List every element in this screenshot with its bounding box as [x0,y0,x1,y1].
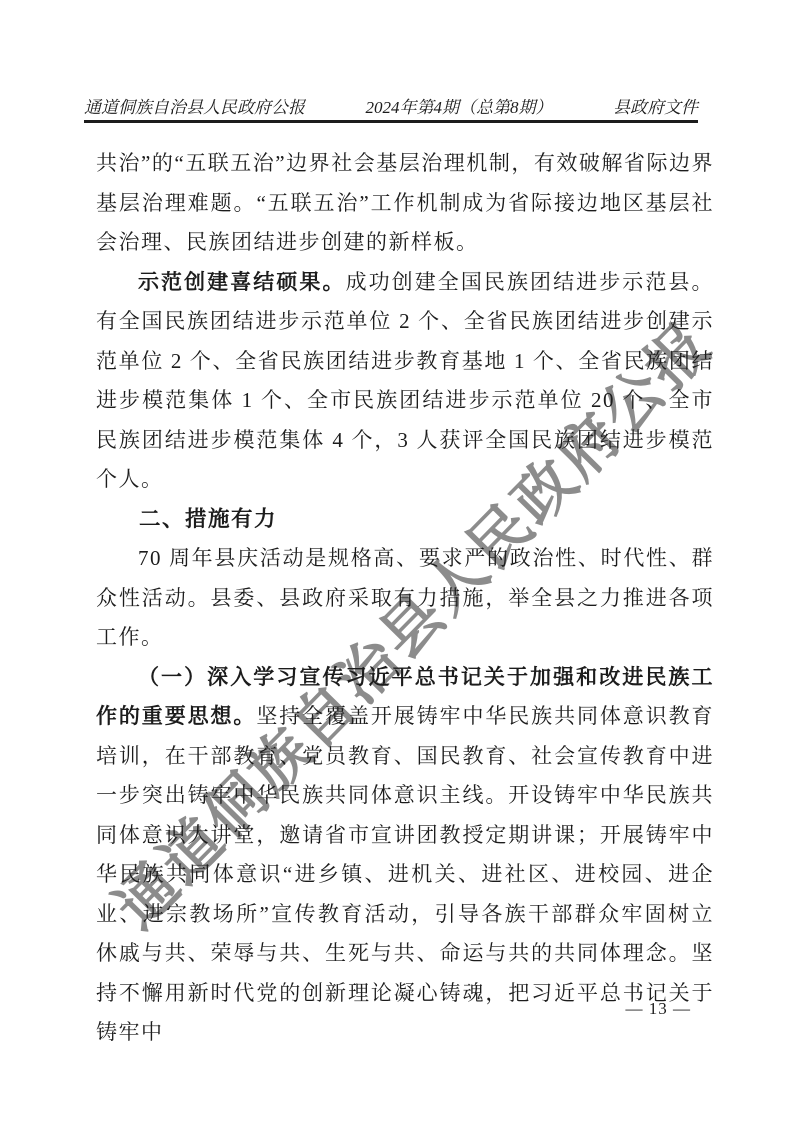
paragraph-governance-text: 共治”的“五联五治”边界社会基层治理机制，有效破解省际边界基层治理难题。“五联五… [96,151,714,254]
paragraph-demonstration-lead: 示范创建喜结硕果。 [138,271,346,294]
paragraph-governance: 共治”的“五联五治”边界社会基层治理机制，有效破解省际边界基层治理难题。“五联五… [96,144,714,263]
paragraph-study-thought: （一）深入学习宣传习近平总书记关于加强和改进民族工作的重要思想。坚持全覆盖开展铸… [96,658,714,1053]
page-header: 通道侗族自治县人民政府公报 2024年第4期（总第8期） 县政府文件 [84,93,698,123]
paragraph-anniversary: 70 周年县庆活动是规格高、要求严的政治性、时代性、群众性活动。县委、县政府采取… [96,539,714,658]
paragraph-anniversary-text: 70 周年县庆活动是规格高、要求严的政治性、时代性、群众性活动。县委、县政府采取… [96,546,714,649]
paragraph-demonstration-text: 成功创建全国民族团结进步示范县。有全国民族团结进步示范单位 2 个、全省民族团结… [96,270,714,492]
page-number: — 13 — [626,999,692,1019]
header-section-label: 县政府文件 [613,93,698,118]
section-heading-measures: 二、措施有力 [96,500,714,540]
paragraph-study-thought-text: 坚持全覆盖开展铸牢中华民族共同体意识教育培训，在干部教育、党员教育、国民教育、社… [96,704,714,1044]
document-page: 通道侗族自治县人民政府公报 通道侗族自治县人民政府公报 2024年第4期（总第8… [0,0,793,1122]
paragraph-demonstration-results: 示范创建喜结硕果。成功创建全国民族团结进步示范县。有全国民族团结进步示范单位 2… [96,263,714,500]
document-body: 共治”的“五联五治”边界社会基层治理机制，有效破解省际边界基层治理难题。“五联五… [96,144,714,1053]
header-publication-title: 通道侗族自治县人民政府公报 [84,93,305,118]
header-issue-info: 2024年第4期（总第8期） [366,93,553,118]
